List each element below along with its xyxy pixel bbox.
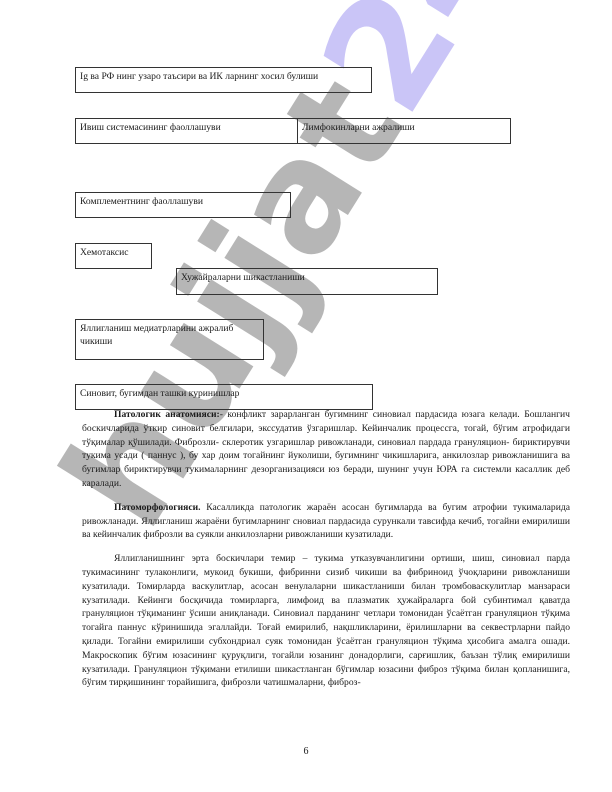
- box-hemotaksis: Хемотаксис: [75, 243, 152, 269]
- paragraph-early-stages: Яллигланишнинг эрта боскичлари темир – т…: [82, 552, 570, 690]
- box-hujayra: Хужайраларни шикастланиши: [176, 268, 438, 295]
- box-mediator: Яллигланиш медиатрларини ажралиб чикиши: [75, 319, 264, 360]
- paragraph-pathomorphology: Патоморфологияси. Касалликда патологик ж…: [82, 501, 570, 542]
- box-sinovit: Синовит, бугимдан ташки куринишлар: [75, 384, 373, 410]
- body-text: Патологик анатомияси:- конфликт зарарлан…: [82, 408, 570, 700]
- heading-pathomorphology: Патоморфологияси.: [114, 502, 201, 513]
- box-komplement: Комплементнинг фаоллашуви: [75, 192, 291, 218]
- heading-pathological-anatomy: Патологик анатомияси:: [114, 409, 220, 420]
- paragraph-pathological-anatomy: Патологик анатомияси:- конфликт зарарлан…: [82, 408, 570, 491]
- box-limfokin: Лимфокинларни ажралиши: [297, 118, 511, 144]
- box-ivish: Ивиш системасининг фаоллашуви: [75, 118, 298, 144]
- box-ig-rf: Ig ва РФ нинг узаро таъсири ва ИК ларнин…: [75, 67, 372, 93]
- page-number: 6: [0, 746, 612, 757]
